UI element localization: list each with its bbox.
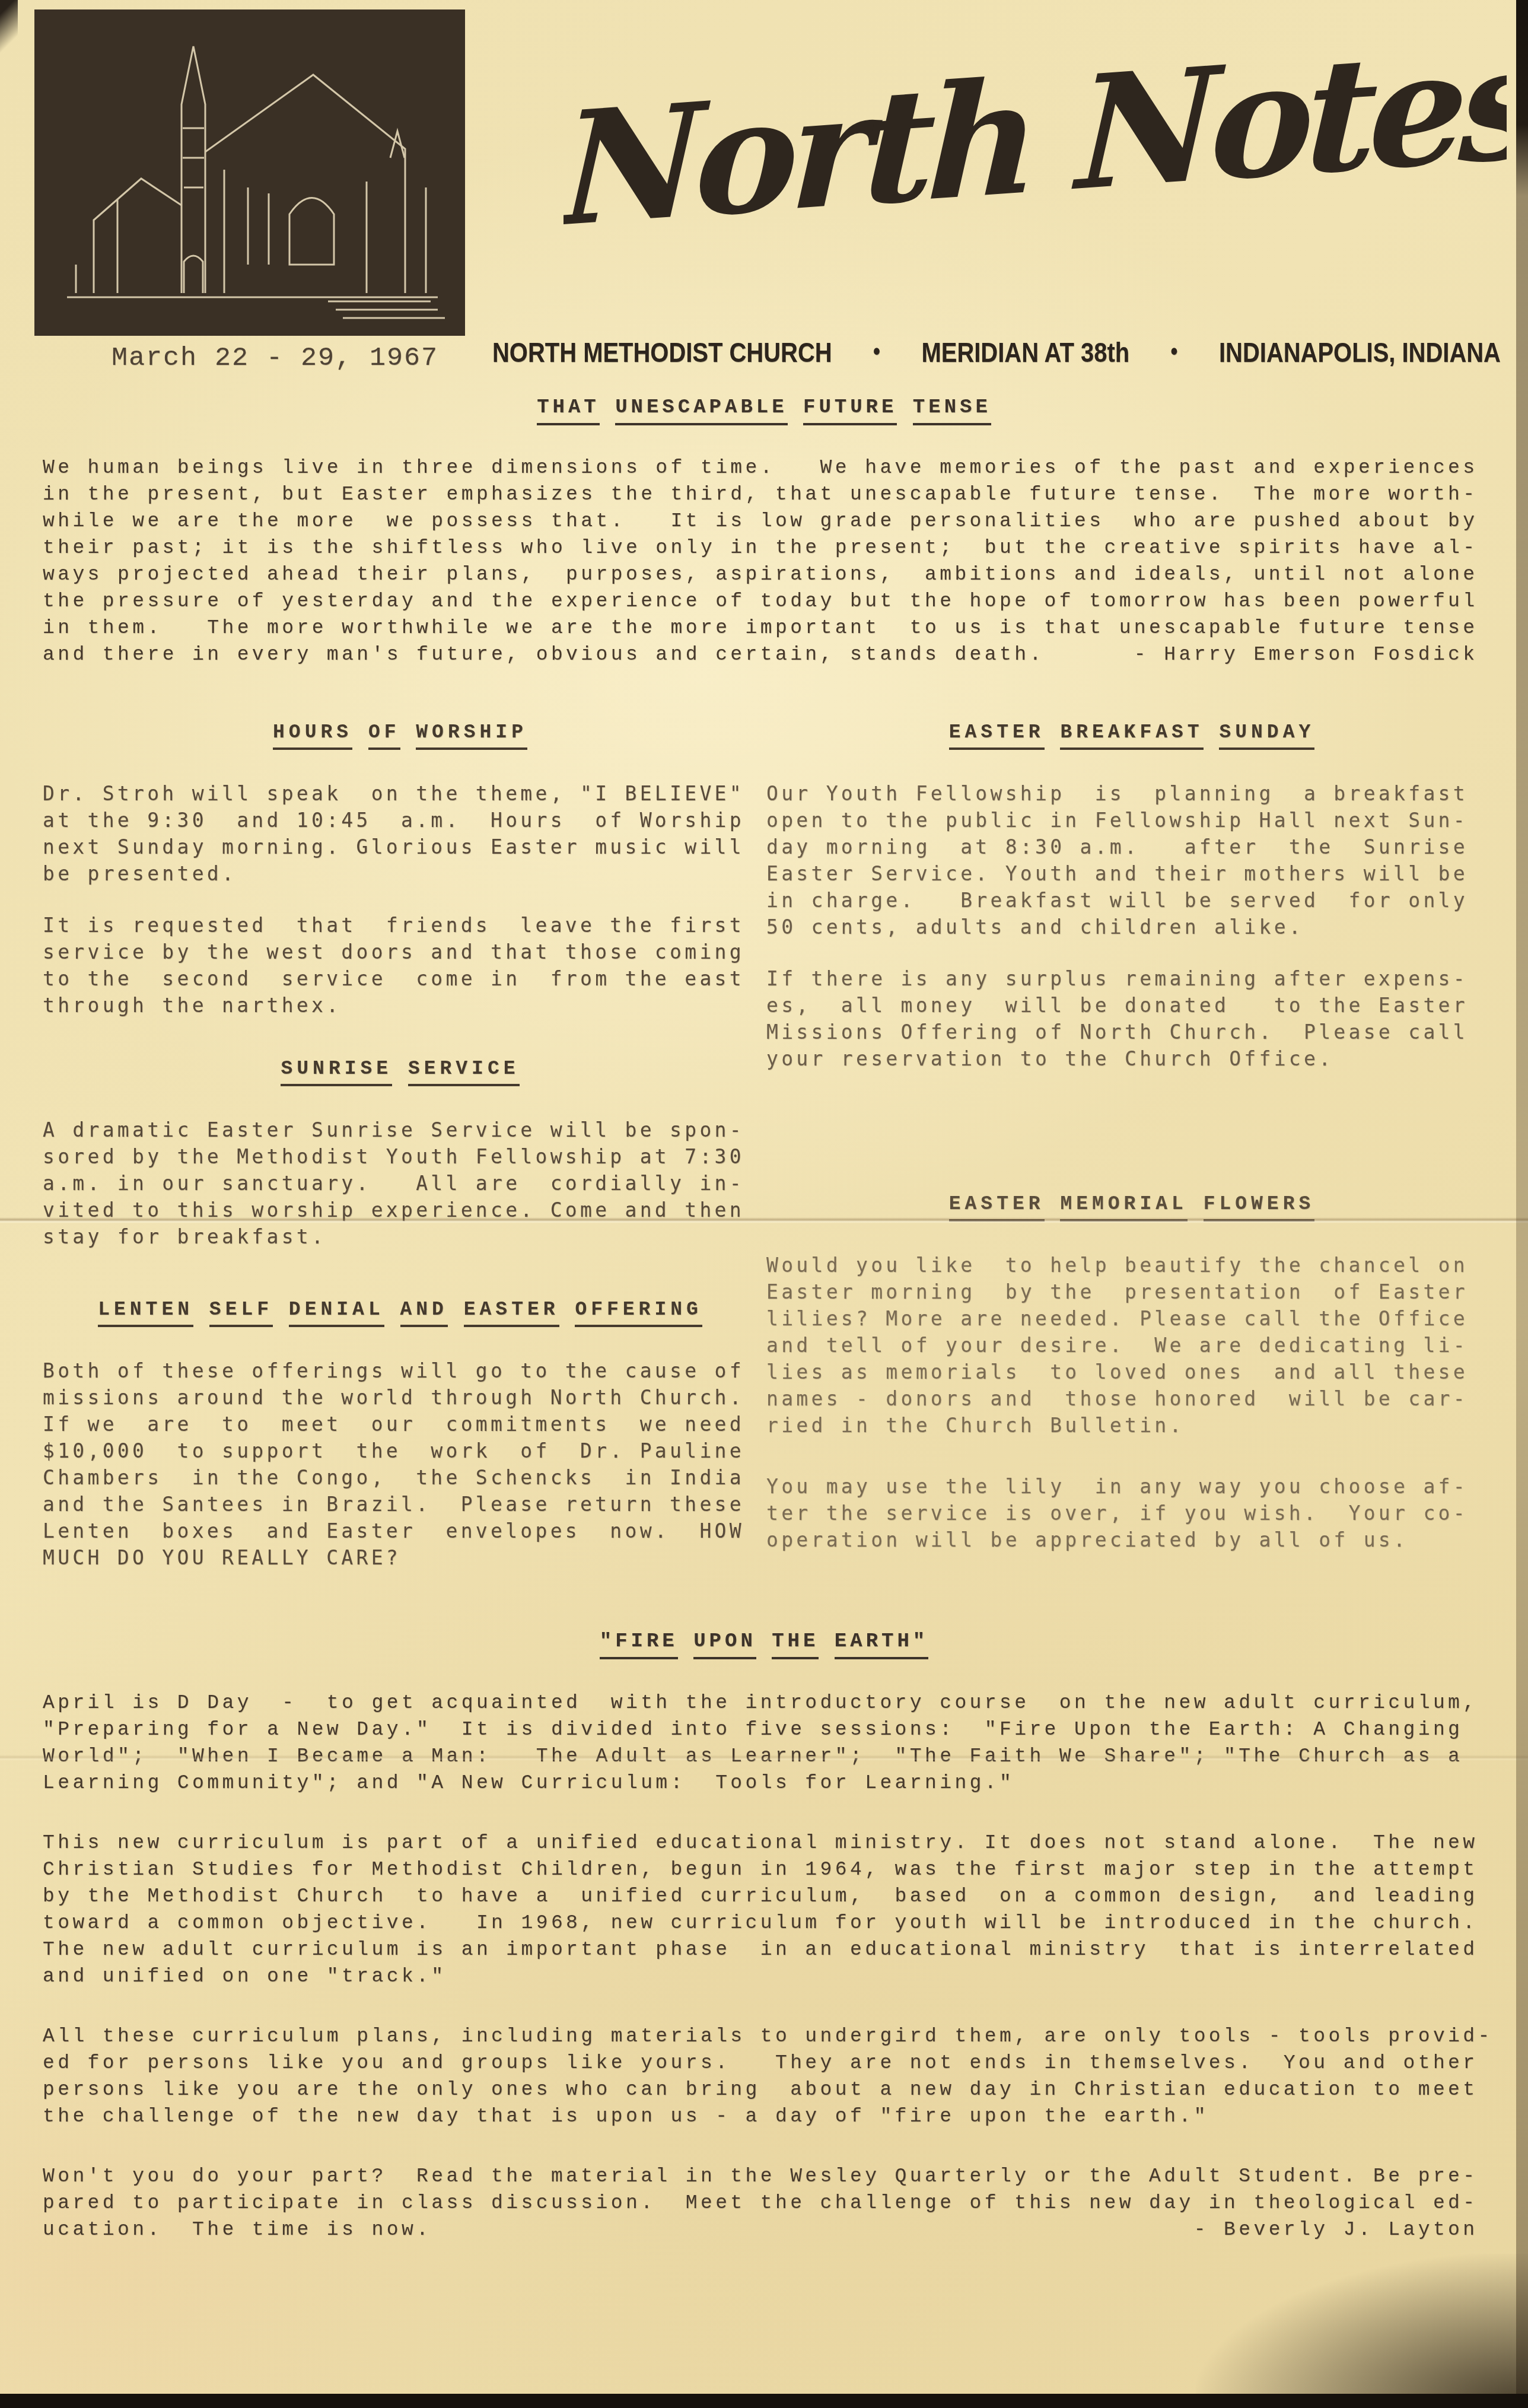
section-title-memorial-flowers: EASTER MEMORIAL FLOWERS bbox=[766, 1191, 1497, 1217]
paper-fold-crease bbox=[0, 1755, 1528, 1761]
article-title-future-tense: THAT UNESCAPABLE FUTURE TENSE bbox=[0, 396, 1528, 419]
church-name: NORTH METHODIST CHURCH bbox=[492, 336, 832, 368]
section-title-sunrise-service: SUNRISE SERVICE bbox=[43, 1055, 757, 1082]
bullet-separator-icon: • bbox=[873, 339, 880, 365]
sunrise-service-paragraph: A dramatic Easter Sunrise Service will b… bbox=[43, 1116, 757, 1250]
scan-edge-bottom bbox=[0, 2394, 1528, 2408]
hours-of-worship-paragraph-1: Dr. Stroh will speak on the theme, "I BE… bbox=[43, 780, 757, 887]
hours-of-worship-paragraph-2: It is requested that friends leave the f… bbox=[43, 912, 757, 1019]
church-illustration bbox=[34, 9, 465, 336]
newsletter-page: North Notes NORTH METHODIST CHURCH • MER… bbox=[0, 0, 1528, 2408]
article-body-future-tense: We human beings live in three dimensions… bbox=[43, 454, 1508, 668]
fire-paragraph-2: This new curriculum is part of a unified… bbox=[43, 1830, 1508, 1990]
easter-breakfast-paragraph-2: If there is any surplus remaining after … bbox=[766, 965, 1497, 1072]
fire-paragraph-1: April is D Day - to get acquainted with … bbox=[43, 1690, 1508, 1796]
church-city: INDIANAPOLIS, INDIANA bbox=[1219, 336, 1501, 368]
church-line-art bbox=[34, 9, 465, 336]
paper-fold-crease bbox=[0, 1217, 1528, 1223]
memorial-flowers-paragraph-1: Would you like to help beautify the chan… bbox=[766, 1252, 1497, 1439]
scan-shadow-top-left bbox=[0, 0, 18, 53]
newsletter-logo: North Notes bbox=[564, 21, 1507, 306]
left-column: HOURS OF WORSHIP Dr. Stroh will speak on… bbox=[43, 719, 757, 1596]
article-body-fire-upon-earth: April is D Day - to get acquainted with … bbox=[43, 1690, 1508, 2276]
issue-date: March 22 - 29, 1967 bbox=[112, 343, 438, 373]
church-address: MERIDIAN AT 38th bbox=[921, 336, 1129, 368]
bullet-separator-icon: • bbox=[1171, 339, 1178, 365]
fire-paragraph-4: Won't you do your part? Read the materia… bbox=[43, 2163, 1508, 2243]
lenten-offering-paragraph: Both of these offerings will go to the c… bbox=[43, 1357, 757, 1571]
memorial-flowers-paragraph-2: You may use the lily in any way you choo… bbox=[766, 1473, 1497, 1553]
article-title-fire-upon-earth: "FIRE UPON THE EARTH" bbox=[0, 1630, 1528, 1653]
easter-breakfast-paragraph-1: Our Youth Fellowship is planning a break… bbox=[766, 780, 1497, 940]
logo-text: North Notes bbox=[564, 21, 1507, 262]
section-title-lenten-offering: LENTEN SELF DENIAL AND EASTER OFFERING bbox=[43, 1296, 757, 1323]
scan-shadow-right-edge bbox=[1516, 0, 1528, 2408]
scan-shadow-bottom-right bbox=[1196, 2254, 1528, 2408]
right-column: EASTER BREAKFAST SUNDAY Our Youth Fellow… bbox=[766, 719, 1497, 1578]
section-title-hours-of-worship: HOURS OF WORSHIP bbox=[43, 719, 757, 746]
fire-paragraph-3: All these curriculum plans, including ma… bbox=[43, 2023, 1508, 2130]
masthead-info-line: NORTH METHODIST CHURCH • MERIDIAN AT 38t… bbox=[492, 336, 1501, 368]
section-title-easter-breakfast: EASTER BREAKFAST SUNDAY bbox=[766, 719, 1497, 746]
